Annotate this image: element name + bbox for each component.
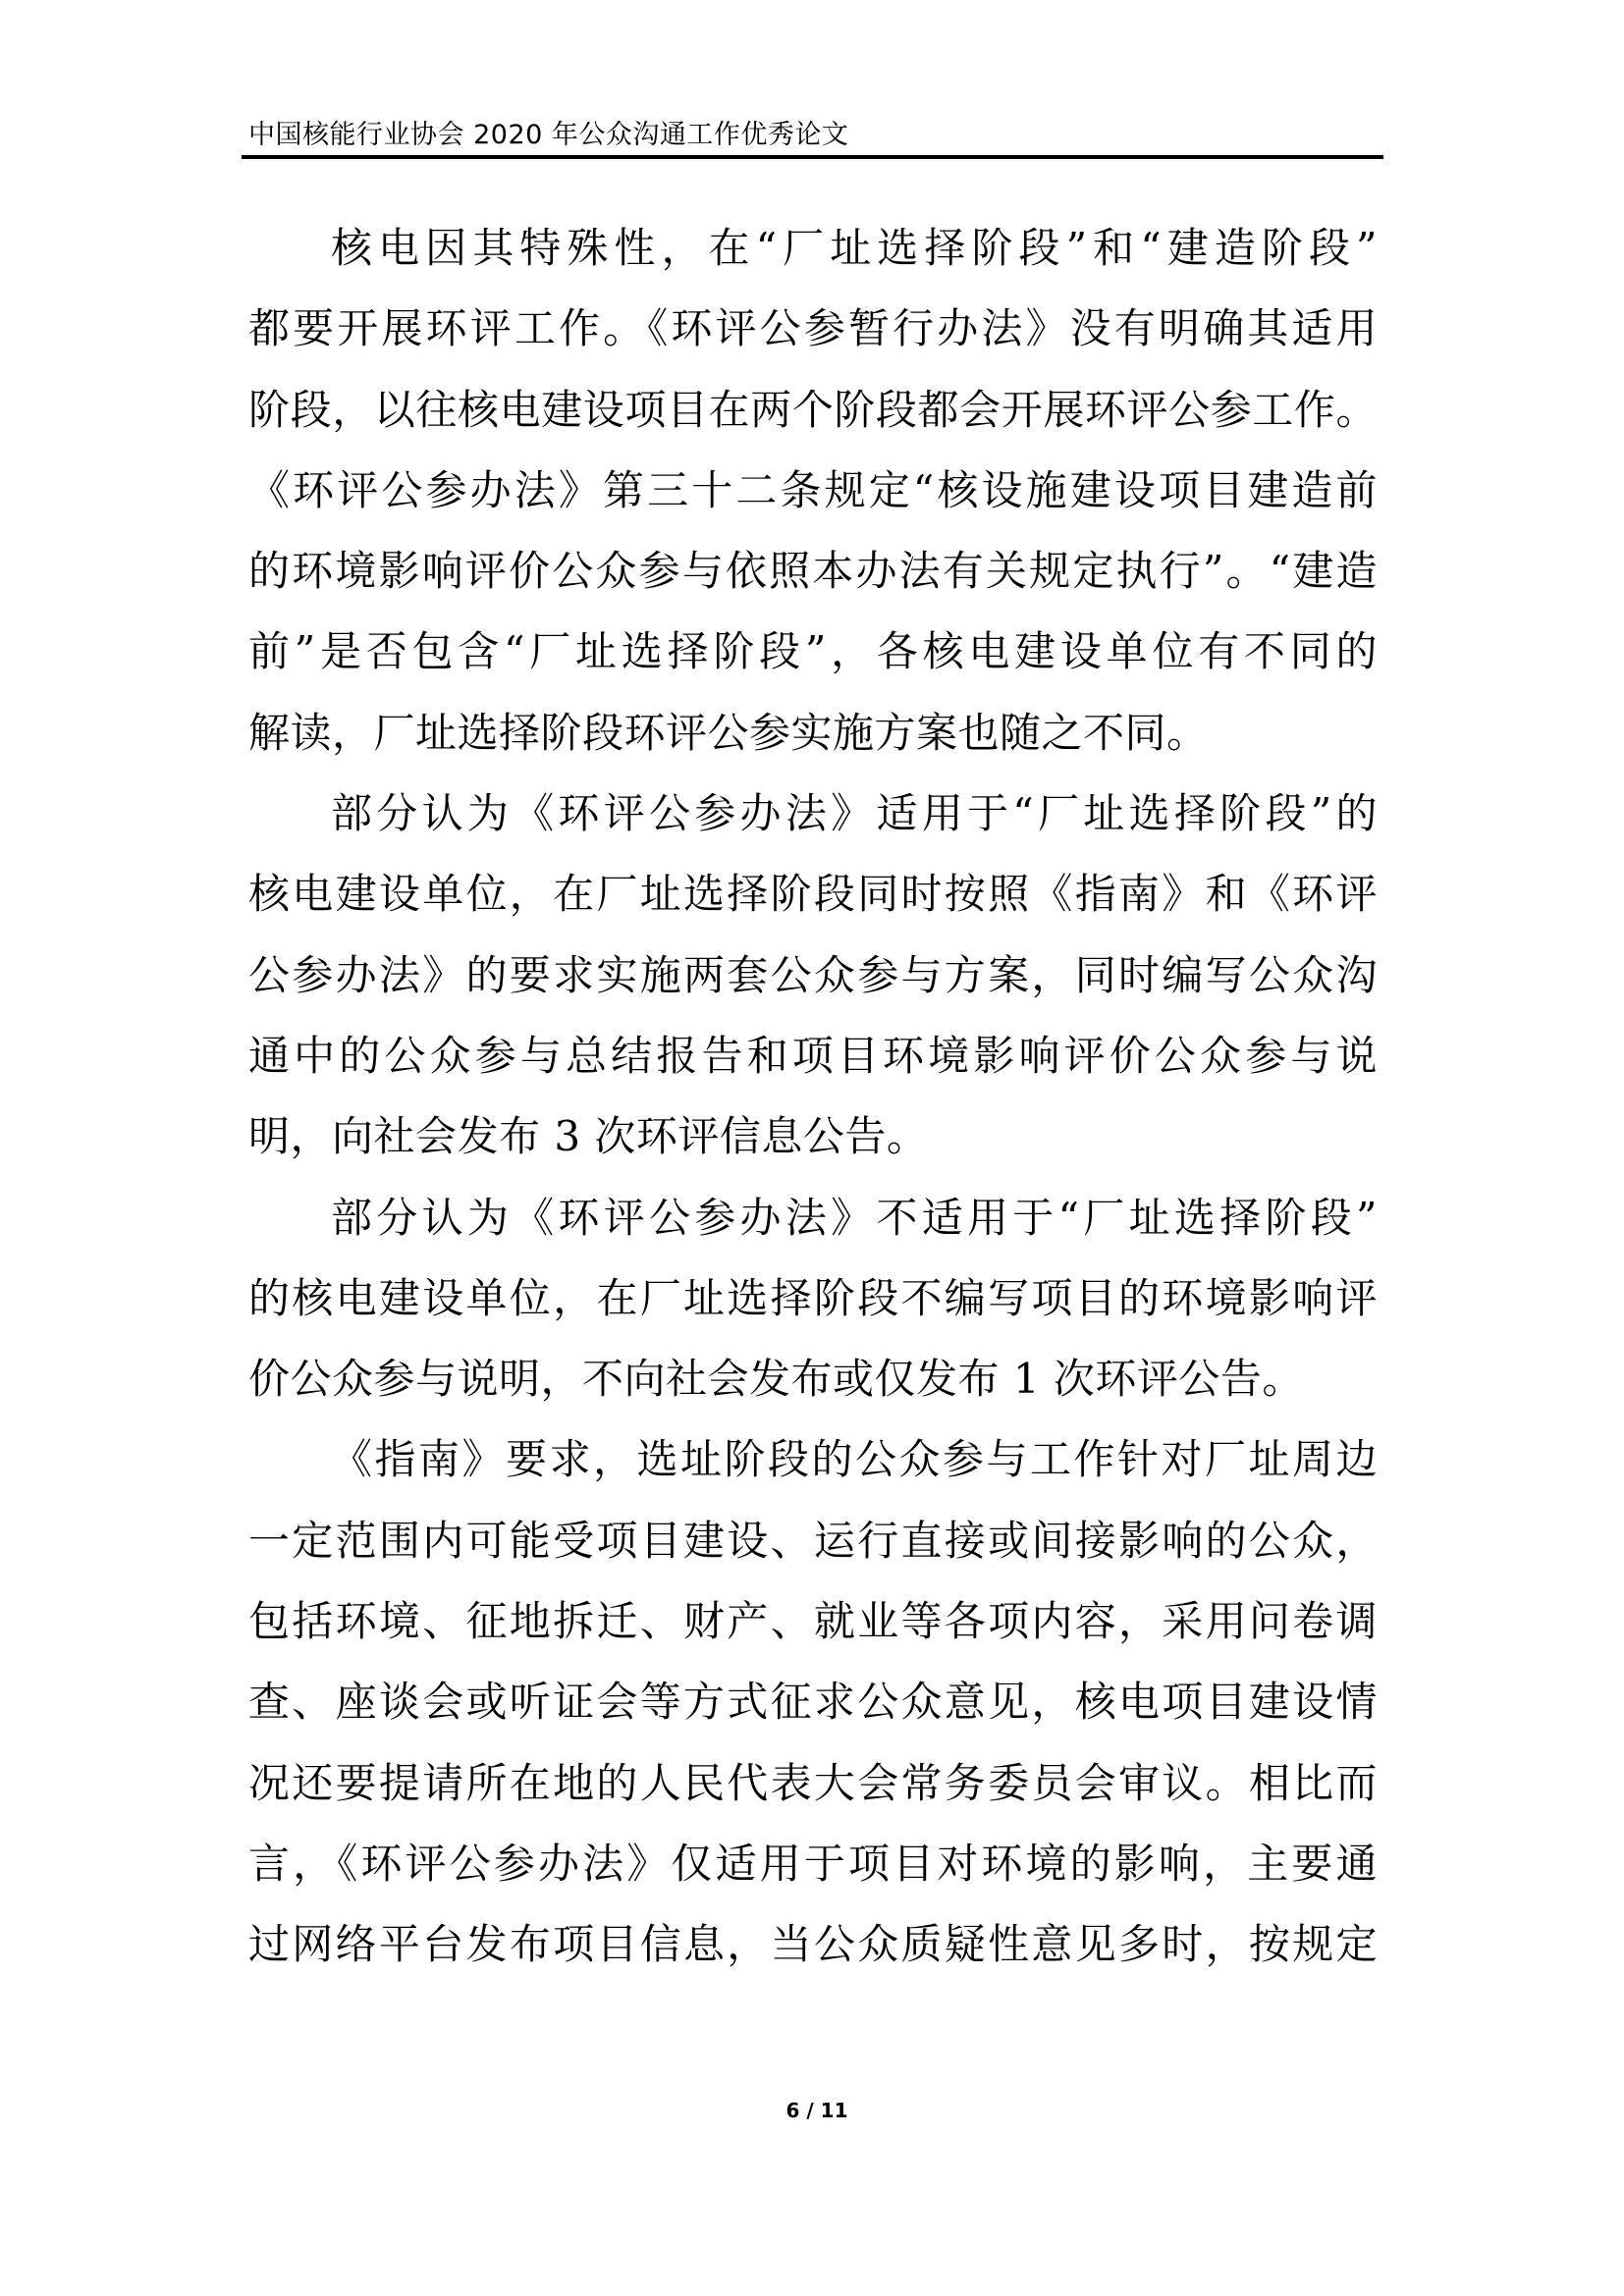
text-line: 的环境影响评价公众参与依照本办法有关规定执行”。“建造 xyxy=(248,531,1378,612)
page-number: 6 / 11 xyxy=(786,2097,848,2124)
text-line: 况还要提请所在地的人民代表大会常务委员会审议。相比而 xyxy=(248,1743,1378,1824)
text-line: 查、座谈会或听证会等方式征求公众意见，核电项目建设情 xyxy=(248,1662,1378,1742)
text-line: 通中的公众参与总结报告和项目环境影响评价公众参与说 xyxy=(248,1016,1378,1096)
paragraph-4: 《指南》要求，选址阶段的公众参与工作针对厂址周边 一定范围内可能受项目建设、运行… xyxy=(248,1419,1378,1985)
text-line: 阶段，以往核电建设项目在两个阶段都会开展环评公参工作。 xyxy=(248,370,1378,451)
text-line: 包括环境、征地拆迁、财产、就业等各项内容，采用问卷调 xyxy=(248,1581,1378,1662)
text-line: 价公众参与说明，不向社会发布或仅发布 1 次环评公告。 xyxy=(248,1339,1378,1419)
paragraph-1: 核电因其特殊性，在“厂址选择阶段”和“建造阶段” 都要开展环评工作。《环评公参暂… xyxy=(248,208,1378,774)
text-line: 前”是否包含“厂址选择阶段”，各核电建设单位有不同的 xyxy=(248,612,1378,692)
text-line: 部分认为《环评公参办法》不适用于“厂址选择阶段” xyxy=(248,1178,1378,1258)
text-line: 过网络平台发布项目信息，当公众质疑性意见多时，按规定 xyxy=(248,1904,1378,1985)
text-line: 核电因其特殊性，在“厂址选择阶段”和“建造阶段” xyxy=(248,208,1378,289)
text-line: 《环评公参办法》第三十二条规定“核设施建设项目建造前 xyxy=(248,451,1378,531)
text-line: 明，向社会发布 3 次环评信息公告。 xyxy=(248,1096,1378,1177)
text-line: 公参办法》的要求实施两套公众参与方案，同时编写公众沟 xyxy=(248,935,1378,1016)
text-line: 部分认为《环评公参办法》适用于“厂址选择阶段”的 xyxy=(248,774,1378,854)
document-body: 核电因其特殊性，在“厂址选择阶段”和“建造阶段” 都要开展环评工作。《环评公参暂… xyxy=(248,208,1378,1986)
text-line: 《指南》要求，选址阶段的公众参与工作针对厂址周边 xyxy=(248,1419,1378,1500)
text-line: 的核电建设单位，在厂址选择阶段不编写项目的环境影响评 xyxy=(248,1258,1378,1339)
header-divider xyxy=(242,155,1383,159)
text-line: 一定范围内可能受项目建设、运行直接或间接影响的公众， xyxy=(248,1501,1378,1581)
text-line: 解读，厂址选择阶段环评公参实施方案也随之不同。 xyxy=(248,693,1378,774)
running-header-title: 中国核能行业协会 2020 年公众沟通工作优秀论文 xyxy=(248,120,848,151)
paragraph-3: 部分认为《环评公参办法》不适用于“厂址选择阶段” 的核电建设单位，在厂址选择阶段… xyxy=(248,1178,1378,1420)
paragraph-2: 部分认为《环评公参办法》适用于“厂址选择阶段”的 核电建设单位，在厂址选择阶段同… xyxy=(248,774,1378,1177)
text-line: 核电建设单位，在厂址选择阶段同时按照《指南》和《环评 xyxy=(248,854,1378,934)
page-header: 中国核能行业协会 2020 年公众沟通工作优秀论文 xyxy=(242,116,1383,159)
page-footer: 6 / 11 xyxy=(0,2097,1624,2124)
text-line: 都要开展环评工作。《环评公参暂行办法》没有明确其适用 xyxy=(248,289,1378,369)
text-line: 言，《环评公参办法》仅适用于项目对环境的影响，主要通 xyxy=(248,1824,1378,1904)
